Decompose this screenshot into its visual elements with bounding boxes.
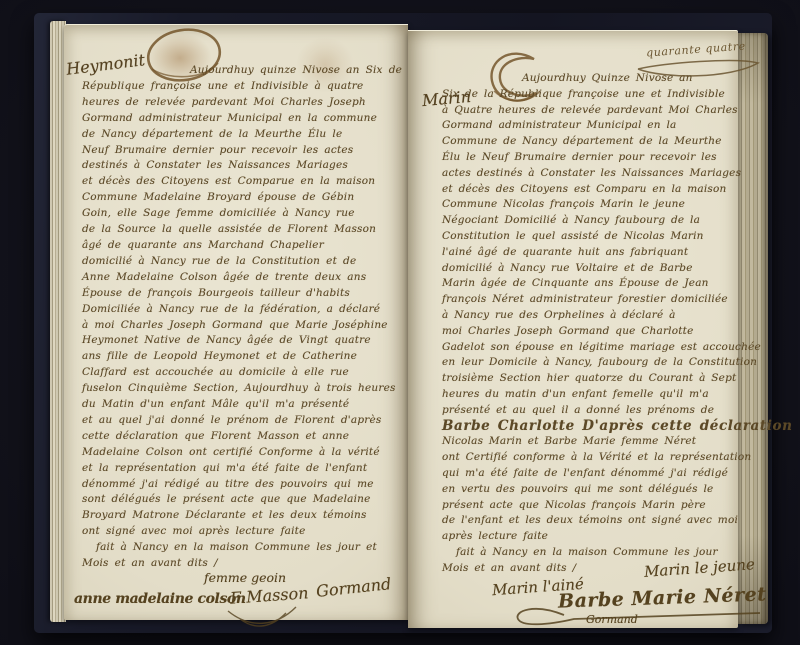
manuscript-line: Gormand administrateur Municipal en la c… xyxy=(82,111,402,127)
manuscript-line: Broyard Matrone Déclarante et les deux t… xyxy=(82,508,402,524)
manuscript-line: cette déclaration que Florent Masson et … xyxy=(82,429,402,445)
signature-colson: anne madelaine colson xyxy=(74,591,246,607)
manuscript-line: fait à Nancy en la maison Commune les jo… xyxy=(82,540,402,556)
manuscript-line: République françoise une et Indivisible … xyxy=(82,79,402,95)
page-edges-right xyxy=(738,33,768,624)
manuscript-line: Épouse de françois Bourgeois tailleur d'… xyxy=(82,286,402,302)
manuscript-line: ans fille de Leopold Heymonet et de Cath… xyxy=(82,349,402,365)
manuscript-line: qui m'a été faite de l'enfant dénommé j'… xyxy=(442,466,736,482)
signature-femme-goin: femme geoin xyxy=(204,570,286,585)
manuscript-line: Commune Madelaine Broyard épouse de Gébi… xyxy=(82,190,402,206)
manuscript-line: fait à Nancy en la maison Commune les jo… xyxy=(442,545,736,561)
left-page: Heymonit Aujourdhuy quinze Nivose an Six… xyxy=(64,24,408,620)
manuscript-line: présent acte que Nicolas françois Marin … xyxy=(442,498,736,514)
left-page-text: Aujourdhuy quinze Nivose an Six de laRép… xyxy=(82,63,402,572)
right-page: quarante quatre Marin Aujourdhuy Quinze … xyxy=(408,30,738,628)
manuscript-line: heures du matin d'un enfant femelle qu'i… xyxy=(442,387,736,403)
manuscript-line: l'ainé âgé de quarante huit ans fabriqua… xyxy=(442,245,736,261)
manuscript-line: après lecture faite xyxy=(442,529,736,545)
manuscript-line: Aujourdhuy quinze Nivose an Six de la xyxy=(82,63,402,79)
manuscript-line: de l'enfant et les deux témoins ont sign… xyxy=(442,513,736,529)
manuscript-line: Gadelot son épouse en légitime mariage e… xyxy=(442,340,736,356)
manuscript-line: Commune de Nancy département de la Meurt… xyxy=(442,134,736,150)
manuscript-line: Marin âgée de Cinquante ans Épouse de Je… xyxy=(442,276,736,292)
manuscript-line: de la Source la quelle assistée de Flore… xyxy=(82,222,402,238)
manuscript-line: Neuf Brumaire dernier pour recevoir les … xyxy=(82,143,402,159)
manuscript-line: de Nancy département de la Meurthe Élu l… xyxy=(82,127,402,143)
manuscript-line: Commune Nicolas françois Marin le jeune xyxy=(442,197,736,213)
manuscript-line: Nicolas Marin et Barbe Marie femme Néret xyxy=(442,434,736,450)
manuscript-line: ont Certifié conforme à la Vérité et la … xyxy=(442,450,736,466)
manuscript-line: âgé de quarante ans Marchand Chapelier xyxy=(82,238,402,254)
right-page-text: Aujourdhuy Quinze Nivose anSix de la Rép… xyxy=(442,71,736,577)
manuscript-line: à Nancy rue des Orphelines à déclaré à xyxy=(442,308,736,324)
manuscript-line: ont signé avec moi après lecture faite xyxy=(82,524,402,540)
manuscript-line: Claffard est accouchée au domicile à ell… xyxy=(82,365,402,381)
manuscript-line: et décès des Citoyens est Comparu en la … xyxy=(442,182,736,198)
signature-neret-flourish xyxy=(504,601,768,631)
manuscript-line: Négociant Domicilié à Nancy faubourg de … xyxy=(442,213,736,229)
manuscript-line: moi Charles Joseph Gormand que Charlotte xyxy=(442,324,736,340)
manuscript-line: domicilié à Nancy rue Voltaire et de Bar… xyxy=(442,261,736,277)
manuscript-line: du Matin d'un enfant Mâle qu'il m'a prés… xyxy=(82,397,402,413)
manuscript-line: Madelaine Colson ont certifié Conforme à… xyxy=(82,445,402,461)
manuscript-line: Goin, elle Sage femme domiciliée à Nancy… xyxy=(82,206,402,222)
manuscript-line: Élu le Neuf Brumaire dernier pour recevo… xyxy=(442,150,736,166)
manuscript-line: et au quel j'ai donné le prénom de Flore… xyxy=(82,413,402,429)
signature-gormand-left: Gormand xyxy=(315,574,392,601)
manuscript-line: Domiciliée à Nancy rue de la fédération,… xyxy=(82,302,402,318)
manuscript-line: Gormand administrateur Municipal en la xyxy=(442,118,736,134)
manuscript-line: présenté et au quel il a donné les préno… xyxy=(442,403,736,419)
manuscript-line: dénommé j'ai rédigé au titre des pouvoir… xyxy=(82,477,402,493)
manuscript-line: troisième Section hier quatorze du Coura… xyxy=(442,371,736,387)
manuscript-line: actes destinés à Constater les Naissance… xyxy=(442,166,736,182)
signature-masson-flourish xyxy=(222,603,302,631)
photo-background: Heymonit Aujourdhuy quinze Nivose an Six… xyxy=(0,0,800,645)
manuscript-line: Aujourdhuy Quinze Nivose an xyxy=(442,71,736,87)
manuscript-line: françois Néret administrateur forestier … xyxy=(442,292,736,308)
manuscript-line: Six de la République françoise une et In… xyxy=(442,87,736,103)
manuscript-line: Anne Madelaine Colson âgée de trente deu… xyxy=(82,270,402,286)
manuscript-line: Barbe Charlotte D'après cette déclaratio… xyxy=(442,419,736,435)
manuscript-line: en leur Domicile à Nancy, faubourg de la… xyxy=(442,355,736,371)
manuscript-line: à Quatre heures de relevée pardevant Moi… xyxy=(442,103,736,119)
manuscript-line: heures de relevée pardevant Moi Charles … xyxy=(82,95,402,111)
manuscript-line: fuselon Cinquième Section, Aujourdhuy à … xyxy=(82,381,402,397)
manuscript-line: à moi Charles Joseph Gormand que Marie J… xyxy=(82,318,402,334)
manuscript-line: Constitution le quel assisté de Nicolas … xyxy=(442,229,736,245)
manuscript-line: domicilié à Nancy rue de la Constitution… xyxy=(82,254,402,270)
manuscript-line: Heymonet Native de Nancy âgée de Vingt q… xyxy=(82,333,402,349)
manuscript-line: destinés à Constater les Naissances Mari… xyxy=(82,158,402,174)
manuscript-line: et la représentation qui m'a été faite d… xyxy=(82,461,402,477)
manuscript-line: et décès des Citoyens est Comparue en la… xyxy=(82,174,402,190)
manuscript-line: en vertu des pouvoirs qui me sont délégu… xyxy=(442,482,736,498)
manuscript-line: sont délégués le présent acte que que Ma… xyxy=(82,492,402,508)
